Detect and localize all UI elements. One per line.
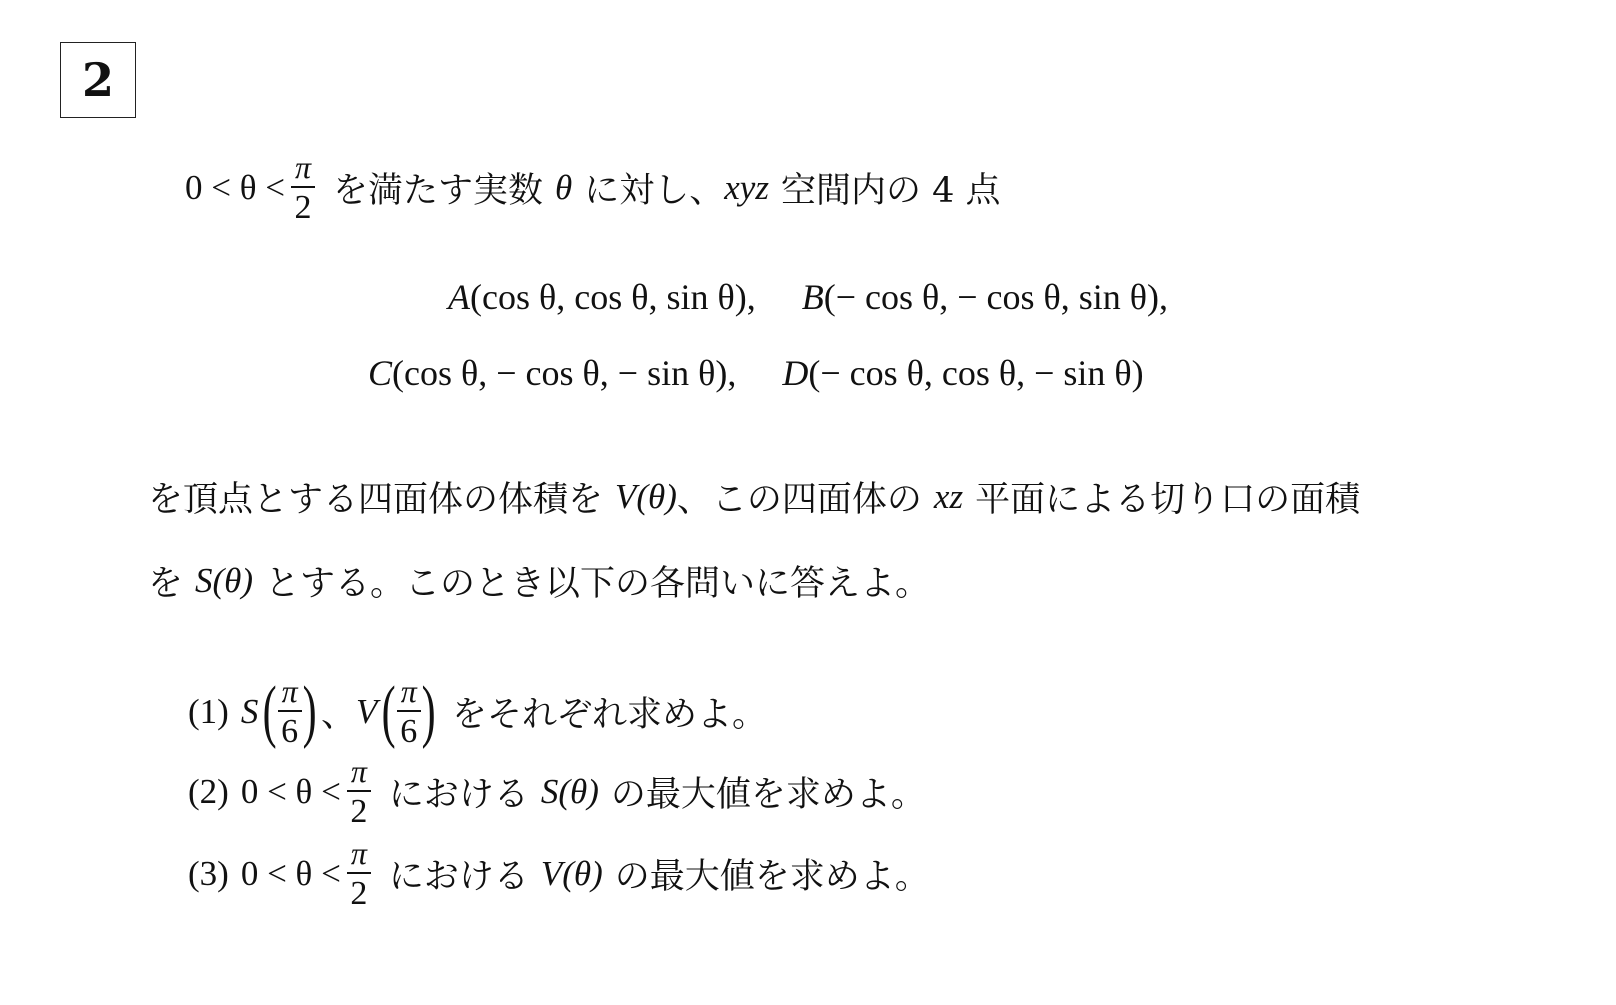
point-d-coords: (− cos θ, cos θ, − sin θ) (808, 352, 1143, 394)
point-c-coords: (cos θ, − cos θ, − sin θ), (392, 352, 736, 394)
question-2: (2) 0 < θ < π 2 における S(θ) の最大値を求めよ。 (188, 752, 926, 832)
question-number: (3) (188, 854, 229, 894)
question-1: (1) S ( π 6 ) 、 V ( π 6 ) をそれぞれ求めよ。 (188, 672, 767, 752)
question-number: (2) (188, 772, 229, 812)
fraction-pi-over-2: π 2 (291, 148, 315, 228)
points-row-1: A (cos θ, cos θ, sin θ), B (− cos θ, − c… (448, 276, 1168, 318)
question-number: (1) (188, 692, 229, 732)
intro-line: 0 < θ < π 2 を満たす実数 θ に対し、 xyz 空間内の 4 点 (185, 148, 1001, 228)
points-row-2: C (cos θ, − cos θ, − sin θ), D (− cos θ,… (368, 352, 1144, 394)
problem-number: 2 (82, 53, 114, 107)
point-a-coords: (cos θ, cos θ, sin θ), (470, 276, 756, 318)
body-line-2: を S(θ) とする。このとき以下の各問いに答えよ。 (148, 556, 930, 606)
body-line-1: を頂点とする四面体の体積を V(θ) 、この四面体の xz 平面による切り口の面… (148, 472, 1360, 522)
point-b-coords: (− cos θ, − cos θ, sin θ), (824, 276, 1168, 318)
problem-number-box: 2 (60, 42, 136, 118)
question-3: (3) 0 < θ < π 2 における V(θ) の最大値を求めよ。 (188, 834, 930, 914)
condition-lhs: 0 < θ < (185, 168, 285, 208)
